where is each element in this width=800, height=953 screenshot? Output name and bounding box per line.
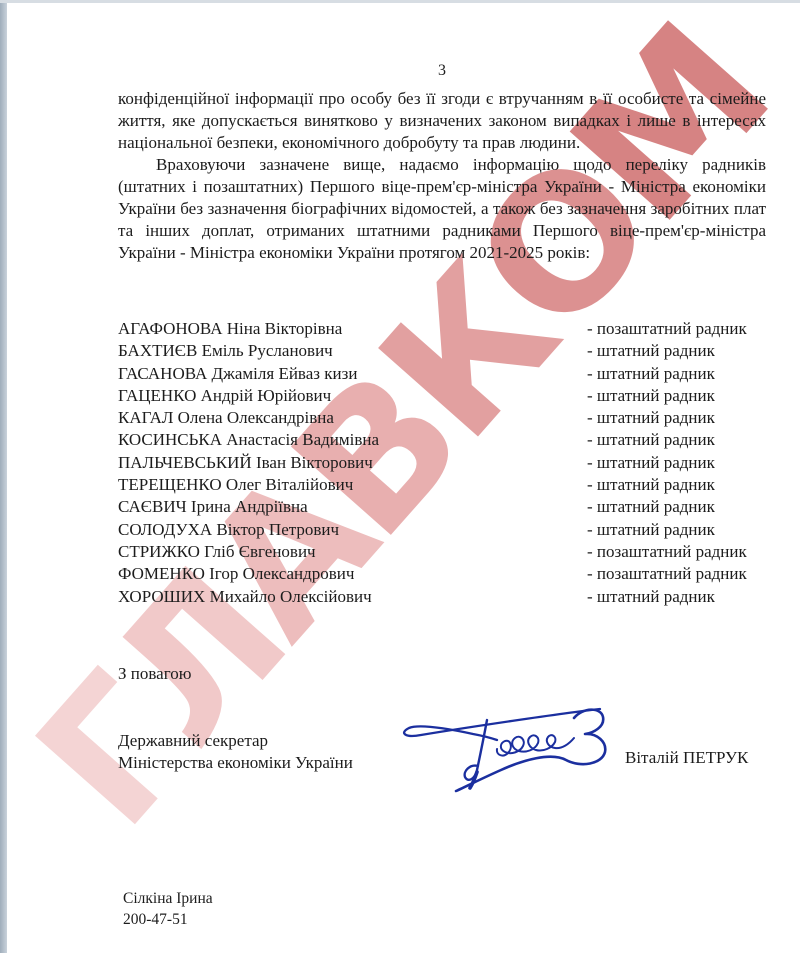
advisor-row: ТЕРЕЩЕНКО Олег Віталійович - штатний рад… (118, 474, 778, 496)
advisors-list: АГАФОНОВА Ніна Вікторівна - позаштатний … (118, 318, 778, 608)
advisor-status: - штатний радник (587, 452, 715, 474)
advisor-row: ГАЦЕНКО Андрій Юрійович - штатний радник (118, 385, 778, 407)
advisor-name: ХОРОШИХ Михайло Олексійович (118, 587, 372, 606)
advisor-name: ТЕРЕЩЕНКО Олег Віталійович (118, 475, 353, 494)
salutation: З повагою (118, 664, 191, 684)
executor-phone: 200-47-51 (123, 909, 213, 930)
advisor-row: СТРИЖКО Гліб Євгенович - позаштатний рад… (118, 541, 778, 563)
advisor-row: КОСИНСЬКА Анастасія Вадимівна - штатний … (118, 429, 778, 451)
advisor-row: СОЛОДУХА Віктор Петрович - штатний радни… (118, 519, 778, 541)
advisor-status: - штатний радник (587, 496, 715, 518)
advisor-status: - штатний радник (587, 429, 715, 451)
advisor-name: БАХТИЄВ Еміль Русланович (118, 341, 333, 360)
executor-name: Сілкіна Ірина (123, 888, 213, 909)
advisor-row: КАГАЛ Олена Олександрівна - штатний радн… (118, 407, 778, 429)
signer-name: Віталій ПЕТРУК (625, 748, 748, 768)
advisor-row: ХОРОШИХ Михайло Олексійович - штатний ра… (118, 586, 778, 608)
advisor-row: АГАФОНОВА Ніна Вікторівна - позаштатний … (118, 318, 778, 340)
advisor-status: - штатний радник (587, 363, 715, 385)
advisor-status: - штатний радник (587, 519, 715, 541)
signature-image (393, 676, 633, 811)
advisor-name: ФОМЕНКО Ігор Олександрович (118, 564, 354, 583)
scan-edge-left (0, 0, 7, 953)
advisor-name: ГАСАНОВА Джаміля Ейваз кизи (118, 364, 357, 383)
advisor-name: АГАФОНОВА Ніна Вікторівна (118, 319, 342, 338)
advisor-name: КОСИНСЬКА Анастасія Вадимівна (118, 430, 379, 449)
advisor-name: СОЛОДУХА Віктор Петрович (118, 520, 339, 539)
document-page: ГЛАВКОМ 3 конфіденційної інформації про … (0, 0, 800, 953)
advisor-row: БАХТИЄВ Еміль Русланович - штатний радни… (118, 340, 778, 362)
paragraph-confidentiality: конфіденційної інформації про особу без … (118, 88, 766, 154)
advisor-name: ПАЛЬЧЕВСЬКИЙ Іван Вікторович (118, 453, 373, 472)
advisor-status: - позаштатний радник (587, 563, 747, 585)
signer-title-line2: Міністерства економіки України (118, 752, 353, 774)
advisor-status: - штатний радник (587, 586, 715, 608)
advisor-name: САЄВИЧ Ірина Андріївна (118, 497, 308, 516)
advisor-status: - позаштатний радник (587, 318, 747, 340)
advisor-row: ПАЛЬЧЕВСЬКИЙ Іван Вікторович - штатний р… (118, 452, 778, 474)
body-paragraphs: конфіденційної інформації про особу без … (118, 88, 766, 264)
advisor-status: - позаштатний радник (587, 541, 747, 563)
advisor-status: - штатний радник (587, 474, 715, 496)
scan-edge-top (0, 0, 800, 3)
advisor-name: СТРИЖКО Гліб Євгенович (118, 542, 316, 561)
signer-title: Державний секретар Міністерства економік… (118, 730, 353, 774)
page-number: 3 (118, 62, 766, 80)
paragraph-advisors-intro: Враховуючи зазначене вище, надаємо інфор… (118, 154, 766, 264)
advisor-row: ГАСАНОВА Джаміля Ейваз кизи - штатний ра… (118, 363, 778, 385)
advisor-row: САЄВИЧ Ірина Андріївна - штатний радник (118, 496, 778, 518)
signer-title-line1: Державний секретар (118, 730, 353, 752)
executor-info: Сілкіна Ірина 200-47-51 (123, 888, 213, 930)
advisor-name: КАГАЛ Олена Олександрівна (118, 408, 334, 427)
advisor-status: - штатний радник (587, 407, 715, 429)
advisor-status: - штатний радник (587, 385, 715, 407)
advisor-name: ГАЦЕНКО Андрій Юрійович (118, 386, 331, 405)
advisor-row: ФОМЕНКО Ігор Олександрович - позаштатний… (118, 563, 778, 585)
advisor-status: - штатний радник (587, 340, 715, 362)
